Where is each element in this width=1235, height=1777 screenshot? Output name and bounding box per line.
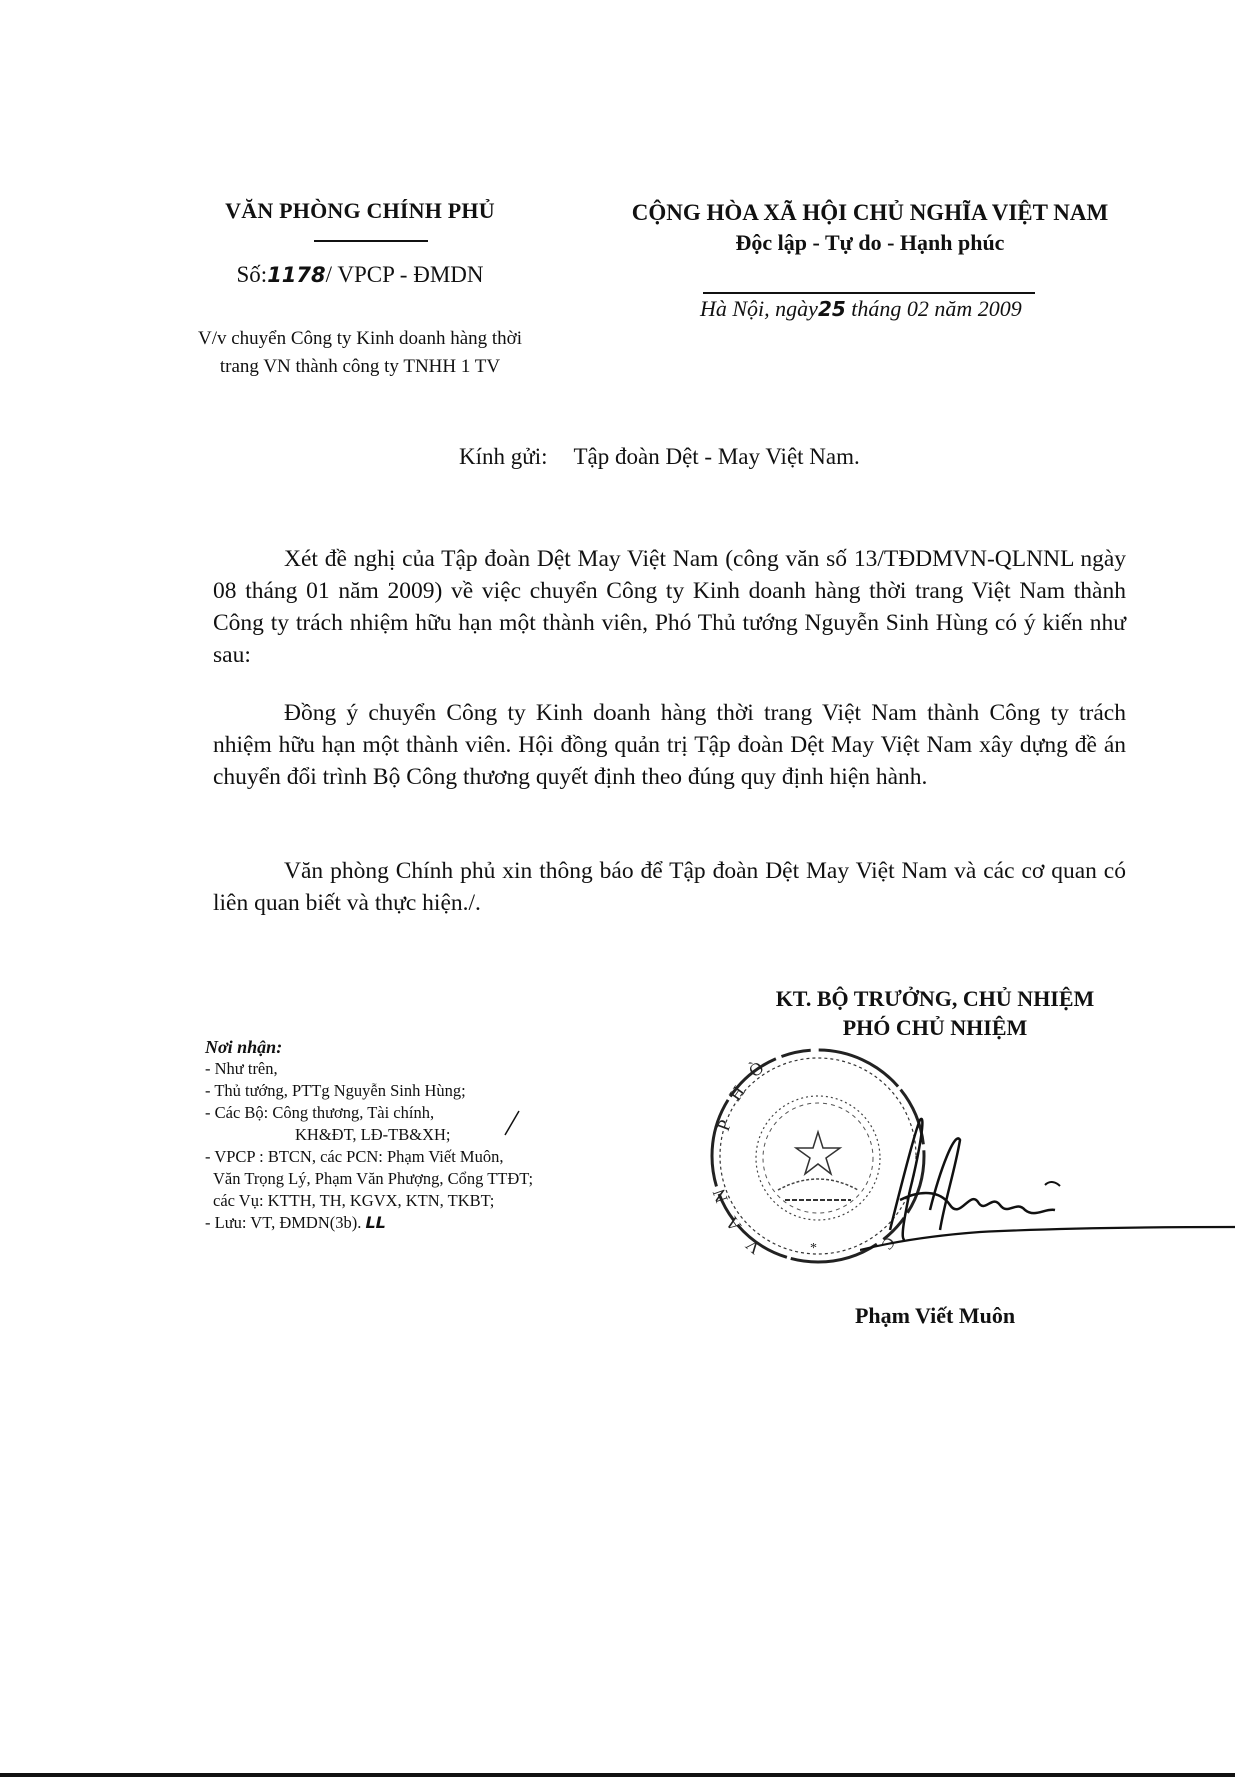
signature-title: KT. BỘ TRƯỞNG, CHỦ NHIỆM PHÓ CHỦ NHIỆM: [700, 984, 1170, 1042]
distribution-title: Nơi nhận:: [205, 1036, 533, 1058]
doc-number-handwritten: 1178: [267, 263, 325, 287]
distribution-item: - Các Bộ: Công thương, Tài chính,: [205, 1102, 533, 1124]
subject-line-2: trang VN thành công ty TNHH 1 TV: [150, 353, 570, 381]
svg-text:N: N: [709, 1186, 732, 1205]
date-day-handwritten: 25: [818, 297, 846, 321]
date-suffix: tháng 02 năm 2009: [846, 296, 1022, 321]
distribution-item: - VPCP : BTCN, các PCN: Phạm Viết Muôn,: [205, 1146, 533, 1168]
svg-text:*: *: [810, 1241, 817, 1256]
svg-text:V: V: [742, 1235, 765, 1259]
distribution-item: - Thủ tướng, PTTg Nguyễn Sinh Hùng;: [205, 1080, 533, 1102]
document-number: Số:1178/ VPCP - ĐMDN: [170, 262, 550, 288]
body-paragraph-3: Văn phòng Chính phủ xin thông báo để Tập…: [213, 855, 1126, 919]
body-paragraph-2: Đồng ý chuyển Công ty Kinh doanh hàng th…: [213, 697, 1126, 793]
subject-line-1: V/v chuyển Công ty Kinh doanh hàng thời: [150, 325, 570, 353]
handwritten-initials: LL: [365, 1213, 385, 1232]
distribution-item: - Như trên,: [205, 1058, 533, 1080]
doc-number-suffix: / VPCP - ĐMDN: [326, 262, 484, 287]
issuing-agency: VĂN PHÒNG CHÍNH PHỦ: [170, 198, 550, 224]
distribution-item-text: - Lưu: VT, ĐMDN(3b).: [205, 1213, 361, 1232]
paragraph-text: Xét đề nghị của Tập đoàn Dệt May Việt Na…: [213, 543, 1126, 671]
signature-title-line-1: KT. BỘ TRƯỞNG, CHỦ NHIỆM: [700, 984, 1170, 1013]
signature-title-line-2: PHÓ CHỦ NHIỆM: [700, 1013, 1170, 1042]
national-header: CỘNG HÒA XÃ HỘI CHỦ NGHĨA VIỆT NAM Độc l…: [590, 200, 1150, 256]
checkmark-icon: [503, 1107, 523, 1137]
recipient-line: Kính gửi:Tập đoàn Dệt - May Việt Nam.: [459, 444, 860, 470]
agency-underline: [314, 240, 428, 242]
distribution-item: KH&ĐT, LĐ-TB&XH;: [205, 1124, 533, 1146]
recipient-label: Kính gửi:: [459, 444, 548, 469]
distribution-list: Nơi nhận: - Như trên, - Thủ tướng, PTTg …: [205, 1036, 533, 1234]
svg-text:A: A: [721, 1213, 745, 1235]
date-prefix: Hà Nội, ngày: [700, 296, 818, 321]
distribution-item: Văn Trọng Lý, Phạm Văn Phượng, Cổng TTĐT…: [205, 1168, 533, 1190]
paragraph-text: Đồng ý chuyển Công ty Kinh doanh hàng th…: [213, 697, 1126, 793]
issue-date: Hà Nội, ngày25 tháng 02 năm 2009: [700, 296, 1022, 322]
paragraph-text: Văn phòng Chính phủ xin thông báo để Tập…: [213, 855, 1126, 919]
recipient-name: Tập đoàn Dệt - May Việt Nam.: [574, 444, 860, 469]
nation-name: CỘNG HÒA XÃ HỘI CHỦ NGHĨA VIỆT NAM: [590, 200, 1150, 226]
distribution-item: các Vụ: KTTH, TH, KGVX, KTN, TKBT;: [205, 1190, 533, 1212]
distribution-item-archive: - Lưu: VT, ĐMDN(3b). LL: [205, 1212, 533, 1234]
page-bottom-edge: [0, 1773, 1235, 1777]
national-motto: Độc lập - Tự do - Hạnh phúc: [590, 230, 1150, 256]
signer-name: Phạm Viết Muôn: [700, 1303, 1170, 1329]
subject-block: V/v chuyển Công ty Kinh doanh hàng thời …: [150, 325, 570, 381]
handwritten-signature-icon: [860, 1090, 1235, 1260]
issuing-agency-block: VĂN PHÒNG CHÍNH PHỦ: [170, 198, 550, 224]
motto-underline: [703, 292, 1035, 294]
doc-number-prefix: Số:: [237, 262, 268, 287]
body-paragraph-1: Xét đề nghị của Tập đoàn Dệt May Việt Na…: [213, 543, 1126, 671]
